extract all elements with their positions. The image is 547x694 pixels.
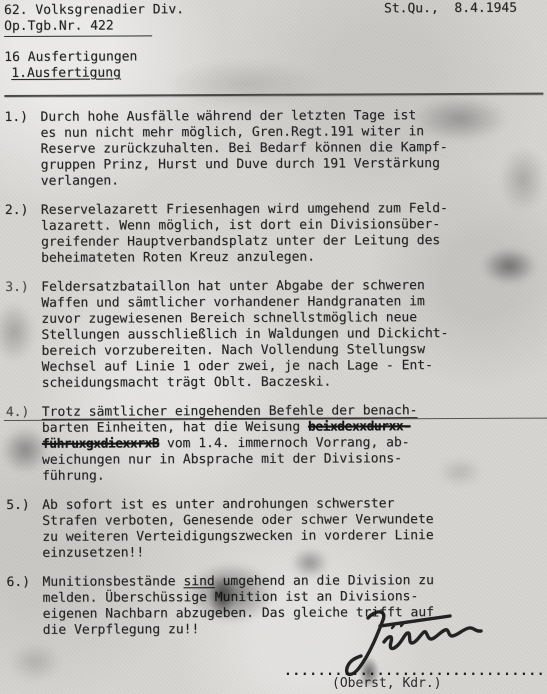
order-items: 1.) Durch hohe Ausfälle während der letz… — [4, 108, 545, 639]
handwritten-signature — [322, 606, 512, 684]
item-number: 5.) — [6, 498, 42, 562]
order-item-2: 2.) Reservelazarett Friesenhagen wird um… — [5, 201, 544, 267]
item-number: 4.) — [6, 405, 42, 485]
doc-line: scheidungsmacht trägt Oblt. Baczeski. — [42, 374, 545, 392]
typed-over-text: führuxgxdiexxrxB — [42, 436, 159, 452]
unit-designation: 62. Volksgrenadier Div. — [4, 2, 184, 19]
typed-over-text: beixdexxdurxx- — [308, 419, 411, 434]
order-item-3: 3.) Feldersatzbataillon hat unter Abgabe… — [5, 278, 544, 392]
order-item-1: 1.) Durch hohe Ausfälle während der letz… — [4, 108, 543, 190]
place-date: St.Qu., 8.4.1945 — [384, 1, 517, 18]
item-number: 3.) — [5, 280, 41, 392]
signature-block: .................................. (Ober… — [270, 620, 547, 694]
doc-line: verlangen. — [41, 172, 544, 190]
header-divider — [4, 93, 543, 97]
document-content: 62. Volksgrenadier Div. St.Qu., 8.4.1945… — [0, 0, 547, 652]
doc-line-underlined: Trotz sämtlicher eingehenden Befehle der… — [42, 403, 545, 421]
document-scan: 62. Volksgrenadier Div. St.Qu., 8.4.1945… — [0, 0, 547, 694]
signer-rank: (Oberst, Kdr.) — [332, 676, 442, 692]
document-header: 62. Volksgrenadier Div. St.Qu., 8.4.1945 — [4, 1, 543, 19]
item-number: 1.) — [4, 110, 40, 190]
doc-line: beheimateten Roten Kreuz anzulegen. — [41, 249, 544, 267]
underlined-word: sind — [183, 574, 214, 589]
item-number: 2.) — [5, 203, 41, 267]
copy-number: 1.Ausfertigung — [11, 65, 121, 80]
doc-line: einzusetzen!! — [42, 544, 545, 562]
order-item-4: 4.) Trotz sämtlicher eingehenden Befehle… — [6, 403, 545, 485]
doc-line: führung. — [42, 467, 545, 485]
item-number: 6.) — [7, 575, 43, 639]
order-item-5: 5.) Ab sofort ist es unter androhungen s… — [6, 496, 545, 562]
journal-number: Op.Tgb.Nr. 422 — [4, 18, 152, 37]
